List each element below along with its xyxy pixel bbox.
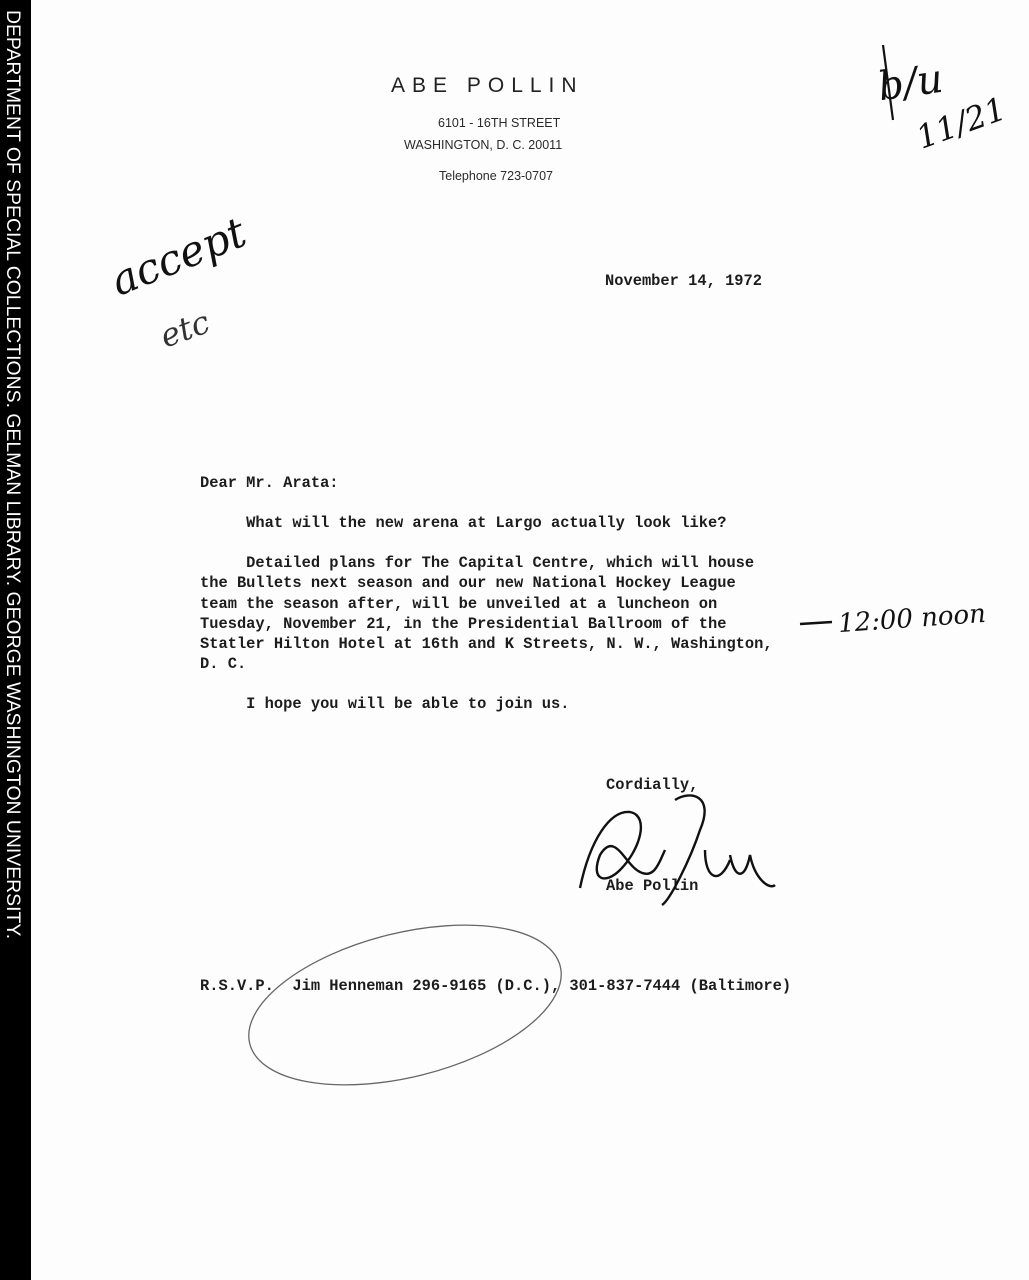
letterhead-telephone: Telephone 723-0707 [439, 169, 553, 183]
archive-credit-text: DEPARTMENT OF SPECIAL COLLECTIONS. GELMA… [1, 10, 24, 939]
paragraph-details: Detailed plans for The Capital Centre, w… [200, 553, 773, 675]
letterhead-city: WASHINGTON, D. C. 20011 [404, 138, 562, 152]
paragraph-invite: I hope you will be able to join us. [200, 694, 569, 714]
signer-name: Abe Pollin [606, 876, 698, 896]
closing: Cordially, [606, 775, 698, 795]
archive-credit-strip: DEPARTMENT OF SPECIAL COLLECTIONS. GELMA… [0, 0, 31, 1280]
paragraph-question: What will the new arena at Largo actuall… [200, 513, 726, 533]
letterhead-street: 6101 - 16TH STREET [438, 116, 560, 130]
rsvp-line: R.S.V.P. Jim Henneman 296-9165 (D.C.), 3… [200, 976, 791, 996]
letterhead-name: ABE POLLIN [391, 74, 584, 98]
salutation: Dear Mr. Arata: [200, 473, 339, 493]
letter-date: November 14, 1972 [605, 271, 762, 291]
annotation-bu: b/u [875, 56, 946, 111]
